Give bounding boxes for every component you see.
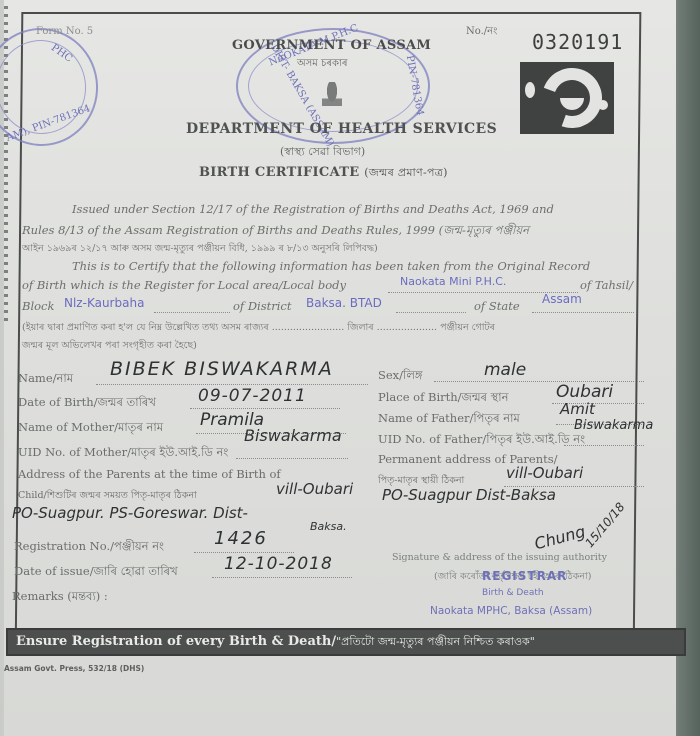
mother-name-value-2: Biswakarma [244, 426, 342, 445]
logo-dot-right [598, 100, 608, 110]
government-title-assamese: অসম চৰকাৰ [297, 56, 348, 73]
preamble-line-2: Rules 8/13 of the Assam Registration of … [22, 222, 529, 241]
registrar-stamp-address: Naokata MPHC, Baksa (Assam) [430, 605, 592, 617]
sex-value: male [484, 360, 526, 380]
birth-address-label-2-text: Child/শিশুটিৰ জন্মৰ সময়ত পিতৃ-মাতৃৰ ঠিক… [18, 490, 197, 501]
state-label: of State [474, 299, 520, 313]
footer-banner-assamese: "প্ৰতিটো জন্ম-মৃত্যুৰ পঞ্জীয়ন নিশ্চিত ক… [336, 635, 535, 648]
district-label: of District [233, 299, 292, 313]
document-title: BIRTH CERTIFICATE (জন্মৰ প্ৰমাণ-পত্ৰ) [199, 164, 448, 183]
registration-no-line [194, 552, 294, 553]
preamble-line-5-end: of Tahsil/ [580, 278, 633, 292]
registrar-stamp-subtitle: Birth & Death [482, 588, 544, 598]
certificate-number-label: No./নং [466, 24, 497, 41]
block-line [154, 312, 230, 313]
father-uid-label: UID No. of Father/পিতৃৰ ইউ.আই.ডি নং [378, 431, 585, 450]
mother-uid-label: UID No. of Mother/মাতৃৰ ইউ.আই.ডি নং [18, 444, 228, 463]
preamble-line-1: Issued under Section 12/17 of the Regist… [72, 202, 554, 216]
name-label: Name/নাম [18, 370, 73, 389]
date-of-issue-value: 12-10-2018 [224, 554, 333, 574]
remarks-label: Remarks (মন্তব্য) : [12, 588, 108, 607]
government-title: GOVERNMENT OF ASSAM [232, 38, 431, 53]
dob-value: 09-07-2011 [198, 386, 307, 406]
certificate-number: 0320191 [532, 30, 623, 54]
national-emblem-icon [322, 82, 342, 112]
document-title-en: BIRTH CERTIFICATE [199, 165, 359, 180]
registration-no-label: Registration No./পঞ্জীয়ন নং [14, 538, 164, 557]
birth-address-value-3: Baksa. [310, 520, 347, 533]
preamble-line-4: This is to Certify that the following in… [72, 259, 590, 273]
birth-address-value-1: vill-Oubari [276, 480, 353, 498]
preamble-line-7: (ইয়াৰ দ্বাৰা প্ৰমাণিত কৰা হ'ল যে নিম্ন … [22, 321, 495, 336]
father-uid-line [564, 445, 644, 446]
name-line [96, 384, 368, 385]
state-value: Assam [542, 292, 582, 306]
birth-address-value-2: PO-Suagpur. PS-Goreswar. Dist- [12, 504, 248, 522]
birth-address-label-1: Address of the Parents at the time of Bi… [18, 467, 281, 481]
district-value: Baksa. BTAD [306, 296, 382, 310]
place-of-birth-value: Oubari [556, 382, 613, 402]
department-title-assamese: (স্বাস্থ্য সেৱা বিভাগ) [280, 143, 365, 162]
name-value: BIBEK BISWAKARMA [110, 358, 334, 380]
father-name-value-2: Biswakarma [574, 418, 653, 433]
sex-label: Sex/লিঙ্গ [378, 367, 423, 386]
dob-label: Date of Birth/জন্মৰ তাৰিখ [18, 394, 156, 413]
block-label: Block [22, 299, 54, 313]
district-line [396, 312, 466, 313]
logo-inner [560, 86, 584, 110]
local-body-value: Naokata Mini P.H.C. [400, 275, 506, 288]
permanent-address-value-2: PO-Suagpur Dist-Baksa [382, 486, 556, 504]
state-line [532, 312, 634, 313]
health-department-logo-icon [520, 62, 614, 134]
birth-certificate-paper: PHC AM), PIN-781364 NAOKATA M.P.H.C DIST… [4, 0, 676, 736]
press-imprint: Assam Govt. Press, 532/18 (DHS) [4, 664, 144, 673]
mother-uid-line [236, 458, 348, 459]
dob-line [190, 408, 340, 409]
father-name-value-1: Amit [560, 400, 595, 418]
signature-label: Signature & address of the issuing autho… [392, 552, 607, 563]
mother-name-label: Name of Mother/মাতৃৰ নাম [18, 419, 163, 438]
block-value: Nlz-Kaurbaha [64, 296, 144, 310]
date-of-issue-line [212, 577, 352, 578]
preamble-line-3: আইন ১৯৬৯ৰ ১২/১৭ আৰু অসম জন্ম-মৃত্যুৰ পঞ্… [22, 242, 378, 257]
form-number: Form No. 5 [36, 26, 93, 37]
footer-banner: Ensure Registration of every Birth & Dea… [6, 628, 686, 656]
permanent-address-label-2-text: পিতৃ-মাতৃৰ স্থায়ী ঠিকনা [378, 475, 464, 486]
department-title: DEPARTMENT OF HEALTH SERVICES [186, 121, 497, 137]
date-of-issue-label: Date of issue/জাৰি হোৱা তাৰিখ [14, 563, 178, 582]
registrar-stamp-title: REGISTRAR [482, 569, 567, 583]
preamble-line-8: জন্মৰ মূল অভিলেখৰ পৰা সংগৃহীত কৰা হৈছে) [22, 339, 197, 354]
permanent-address-value-1: vill-Oubari [506, 464, 583, 482]
preamble-line-5: of Birth which is the Register for Local… [22, 278, 346, 292]
birth-address-label-2: Child/শিশুটিৰ জন্মৰ সময়ত পিতৃ-মাতৃৰ ঠিক… [18, 487, 197, 504]
registration-no-value: 1426 [214, 528, 268, 549]
document-title-assamese: (জন্মৰ প্ৰমাণ-পত্ৰ) [364, 166, 447, 179]
father-name-label: Name of Father/পিতৃৰ নাম [378, 410, 520, 429]
place-of-birth-label: Place of Birth/জন্মৰ স্থান [378, 389, 508, 408]
logo-dot-left [525, 82, 535, 98]
footer-banner-en: Ensure Registration of every Birth & Dea… [16, 634, 336, 649]
